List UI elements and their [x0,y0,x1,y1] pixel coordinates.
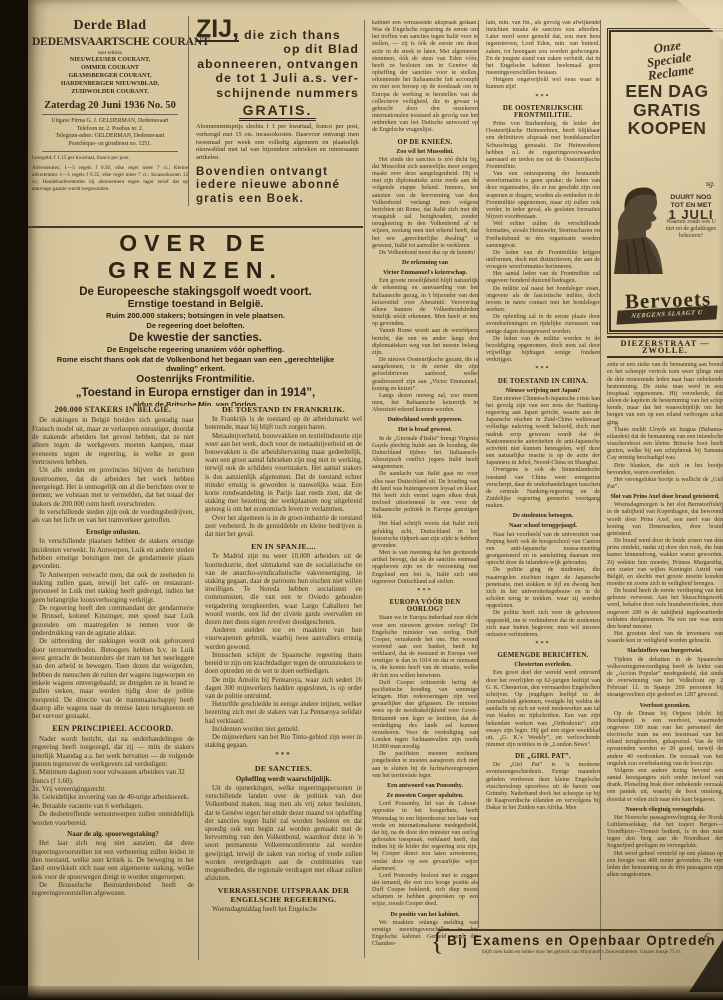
article-paragraph: De regeering heeft den commandant der ge… [32,604,194,637]
article-paragraph: Een nieuwe Chineesch-Japansche crisis ka… [486,396,600,468]
separator: *** [486,366,600,373]
ed-line: ZUIDWOLDER COURANT. [32,88,188,96]
article-paragraph: Hetgeen ongetwijfeld wel eens waar te ku… [486,77,600,91]
separator: *** [205,752,362,760]
divider [42,114,178,115]
article-paragraph: Het einde der sancties is zóó dicht bij,… [372,157,478,250]
section-over-de-grenzen: OVER DE GRENZEN. De Europeesche stakings… [28,226,363,406]
mijnhardt-title: Bij Examens en Openbaar Optreden [438,933,723,948]
bervoets-ad: Onze Speciale Reclame EEN DAG GRATIS KOO… [609,30,723,332]
date-line: Zaterdag 20 Juni 1936 No. 50 [32,100,188,111]
article-heading: DE OOSTENRIJKSCHE FRONTMILITIE. [486,105,600,119]
ed-line: GRAMSBERGER COURANT, [32,72,188,80]
pub-line: Telegram-adres: GELDERMAN, Dedemsvaart [32,133,188,141]
article-paragraph: In de „Giornale d'Italia” brengt Virgini… [372,436,478,472]
article-heading: De erkenning van [372,260,478,267]
article-paragraph: Drie blanken, die zich in het bootje bev… [607,463,723,477]
promo-line: abonneeren, ontvangen [196,57,359,72]
article-paragraph: De mijnwerkers van het Rio Tinto-gebied … [205,734,362,750]
article-paragraph: Duff Cooper critiseerde heftig de pacifi… [372,680,478,752]
article-heading: De positie van het kabinet. [372,912,478,919]
article-paragraph: Van een ontwapening der bestaande weerfo… [486,171,600,221]
mijnhardt-body: blijft men kalm en helder door het gebru… [438,949,723,955]
article-paragraph: Prins von Starhemberg, de leider der Oos… [486,121,600,171]
pub-line: Postchèque- en girodienst no. 1251. [32,141,188,149]
article-paragraph: De „Girl Pat” is 'n moderne avonturenges… [486,762,600,812]
text-column-2: DE TOESTAND IN FRANKRIJK.In Frankrijk is… [198,402,362,960]
article-heading: DE TOESTAND IN CHINA. [486,378,600,385]
separator: *** [486,641,600,648]
article-heading: Veerboot gezonken. [607,703,723,710]
article-heading: Chesterton overleden. [486,662,600,669]
article-heading: DE „GIRL PAT”. [486,753,600,760]
promo-zij: ZIJ, [196,18,239,42]
article-heading: De regeering doet beloften. [46,321,345,330]
ad-headline-line: KOOPEN [611,119,723,138]
subscription-promo: ZIJ, die zich thans op dit Blad abonneer… [188,16,364,206]
ad-question: Waarom zoudt ook U niet tot de gelukkige… [662,219,720,239]
article-heading: Het is braaf geweest. [372,427,478,434]
article-paragraph: Het laat zich nog niet aanzien, dat deze… [32,839,194,881]
newspaper-page: Derde Blad DEDEMSVAARTSCHE COURANT met e… [28,0,723,1000]
article-paragraph: Lord Ponsonby besloot met te zeggen dat … [372,873,478,909]
article-heading: Nieuwe wrijving met Japan? [486,388,600,395]
article-paragraph: De opleiding zal in de eerste plaats doo… [486,314,600,335]
rates-info: Leesgeld: f 1.15 per kwartaal, franco pe… [32,155,188,192]
article-heading: Slot van Prins Axel door brand geteister… [607,494,723,501]
rate-line: Leesgeld: f 1.15 per kwartaal, franco pe… [32,155,188,162]
article-paragraph: Metaalnijverheid, bouwvakken en textieli… [205,433,362,515]
article-paragraph: De stakingen in België breiden zich gest… [32,416,194,466]
publisher-info: Uitgave Firma G. J. GELDERMAN, Dedemsvaa… [32,118,188,148]
article-paragraph: Het Noorsche passagiersvliegtuig der Nor… [607,815,723,851]
promo-line: op dit Blad [196,42,359,57]
separator: *** [486,94,600,101]
pub-line: Telefoon nr. 2. Postbus nr. 2. [32,126,188,134]
article-paragraph: Uit de opmerkingen, welke regeeringspers… [205,785,362,883]
article-heading: Ruim 200.000 stakers; botsingen in vele … [46,311,345,320]
article-heading: VERRASSENDE UITSPRAAK DER ENGELSCHE REGE… [205,887,362,903]
bervoets-address: DIEZERSTRAAT — ZWOLLE. [607,336,723,358]
ad-headline: EEN DAG GRATIS KOOPEN [611,82,723,138]
text-column-1: 200.000 STAKERS IN BELGIË.De stakingen i… [32,402,194,962]
article-paragraph: Naar het voorbeeld van de universiteit v… [486,532,600,568]
headline-deck: De Europeesche stakingsgolf woedt voort.… [28,286,363,406]
article-paragraph: De militie zal naast het bondsleger staa… [486,286,600,315]
edition-label: Derde Blad [32,18,188,34]
article-heading: Oostenrijks Frontmilitie. [34,374,357,385]
promo-bonus-line: iedere nieuwe abonné [196,179,359,193]
article-paragraph: De aandacht van Italië gaat nu voor alle… [372,471,478,521]
article-paragraph: Incidenten worden niet gemeld. [205,726,362,734]
ad-script-line: Onze Speciale Reclame [613,33,723,87]
article-paragraph: Het verongelukte bootje is wellicht de „… [607,477,723,491]
article-paragraph: De desbetreffende wetsontwerpen zullen o… [32,810,194,827]
article-heading: Ernstige onlusten. [32,528,194,536]
ad-date: 1 JULI [662,211,720,218]
article-heading: Victor Emmanuel's keizerschap. [372,270,478,277]
article-heading: Duitschland wordt geprezen. [372,417,478,424]
article-heading: Een antwoord van Ponsonby. [372,783,478,790]
paper-title: DEDEMSVAARTSCHE COURANT [32,35,188,48]
article-heading: „Toestand in Europa ernstiger dan in 191… [34,387,357,399]
article-paragraph: De uitbreiding der stakingen wordt ook g… [32,637,194,720]
article-heading: EUROPA VÓÓR DEN OORLOG? [372,599,478,613]
article-paragraph: Tijdens de debatten in de Spaansche volk… [607,657,723,700]
article-paragraph: Het blad schrijft voorts dat Italië zich… [372,521,478,550]
article-paragraph: Intusschen schijnt de Spaansche regeerin… [205,652,362,677]
promo-bonus: Bovendien ontvangt iedere nieuwe abonné … [196,166,359,207]
article-heading: 200.000 STAKERS IN BELGIË. [32,406,194,414]
rate-line: Advertenties: 1—5 regels f 0.50, elke re… [32,165,188,192]
article-heading: De kwestie der sancties. [34,332,357,344]
article-paragraph: Het aantal leden van de Frontmilitie zal… [486,271,600,285]
promo-line: de tot 1 Juli a.s. ver- [196,71,359,86]
bervoets-logo: Bervoets [615,295,721,306]
article-paragraph: Lord Ponsonby, lid van de Labour-opposit… [372,801,478,873]
article-paragraph: zette er een zieke van de bemanning aan … [607,362,723,426]
article-paragraph: Anderen snelden toe en maakten van hun v… [205,627,362,652]
article-paragraph: 3e. Geleidelijke invoering van de 40-uri… [32,793,194,801]
article-paragraph: De pacifisten meenen nochtans jongeliede… [372,751,478,780]
article-paragraph: Nader wordt bericht, dat na onderhandeli… [32,735,194,768]
article-paragraph: Over het algemeen is in de groot-industr… [205,515,362,540]
article-paragraph: Op de Donau bij Oejpest (dicht bij Boeda… [607,711,723,768]
article-heading: Ze moesten Cooper opsluiten. [372,793,478,800]
ed-line: NIEUWLEUSER COURANT, [32,56,188,64]
newspaper-photo: Derde Blad DEDEMSVAARTSCHE COURANT met e… [0,0,723,1000]
article-heading: Opheffing wordt waarschijnlijk. [205,776,362,784]
article-paragraph: De leden van de militie worden in de bez… [486,336,600,365]
promo-body: Abonnementsprijs slechts f 1 per kwartaa… [196,123,359,162]
article-heading: De studenten betoogen. [486,513,600,520]
article-paragraph: Langs dezen omweg zal, zoo meent men, he… [372,393,478,414]
article-paragraph: De mijn Antolin bij Pennaroya, waar zich… [205,677,362,702]
article-paragraph: kabinet een verrassende uitspraak gedaan… [372,20,478,135]
promo-line: die zich thans [244,28,341,43]
article-paragraph: Het werd geheel vernield op een plateau … [607,851,723,880]
article-paragraph: Vanuit Rome wordt aan de wereldpers beri… [372,328,478,357]
article-paragraph: Hetzelfde geschiedde in eenige andere mi… [205,701,362,726]
article-paragraph: De politie heeft zich voor de gebouwen o… [486,610,600,639]
photo-bottom-shadow [0,986,723,1000]
article-paragraph: De Volkenbond moet dus op de knieën! [372,250,478,257]
illustrator-signature: sg. [706,180,715,187]
article-paragraph: De Brusselsche Bestuurdersbond heeft de … [32,881,194,898]
pub-line: Uitgave Firma G. J. GELDERMAN, Dedemsvaa… [32,118,188,126]
article-heading: De Europeesche stakingsgolf woedt voort. [34,286,357,298]
column-5-articles: zette er een zieke van de bemanning aan … [607,362,723,879]
editions-list: NIEUWLEUSER COURANT,OMMER COURANTGRAMSBE… [32,56,188,96]
article-paragraph: Een groote moeilijkheid blijft natuurlij… [372,278,478,328]
article-heading: Ernstige toestand in België. [34,299,357,310]
promo-gratis: GRATIS. [196,102,359,118]
article-paragraph: De brand werd door de beide zonen van de… [607,538,723,588]
promo-line: schijnende nummers [196,86,359,101]
article-heading: Naar de alg. spoorwegstaking? [32,830,194,838]
promo-bonus-line: Bovendien ontvangt [196,166,359,180]
text-column-3: kabinet een verrassende uitspraak gedaan… [364,20,478,958]
article-paragraph: Overigens is ook de binnenlandsche toest… [486,467,600,510]
article-heading: Zoo wil het Mussolini. [372,149,478,156]
article-paragraph: Uit alle steden en provincies blijven de… [32,466,194,508]
article-paragraph: In verschillende steden zijn ook de voed… [32,508,194,525]
article-paragraph: Wel echter zullen de verschillende forma… [486,221,600,250]
promo-bonus-line: gratis een Boek. [196,193,359,207]
article-paragraph: Thans meldt Lloyds uit Inagua (Bahama-ei… [607,427,723,463]
paper-fold-corner [677,0,723,40]
separator: *** [372,588,478,595]
article-paragraph: lain, min. van fin., als gevolg van afwi… [486,20,600,77]
divider [42,151,178,152]
article-paragraph: De nieuwe Oostenrijksche gezant, die is … [372,357,478,393]
article-heading: EN IN SPANJE.... [205,543,362,551]
article-paragraph: Een groot deel der wereld werd ontroerd … [486,670,600,749]
article-paragraph: Volgens een andere lezing bevond een aan… [607,768,723,804]
mijnhardt-ad: { Bij Examens en Openbaar Optreden blijf… [438,929,723,973]
article-heading: DE SANCTIES. [205,765,362,773]
article-paragraph: Te Madrid zijn nu weer 10.000 arbeiders … [205,553,362,627]
brace-ornament: { [431,927,443,957]
article-paragraph: In Frankrijk is de toestand op de arbeid… [205,416,362,432]
article-heading: De Engelsche regeering unaniem vóór ophe… [46,345,345,354]
text-column-5: Onze Speciale Reclame EEN DAG GRATIS KOO… [600,20,723,960]
article-paragraph: De brand heeft de eerste verdieping van … [607,588,723,631]
article-paragraph: 2e. Vrij vereenigingsrecht. [32,785,194,793]
article-paragraph: 4e. Betaalde vacantie van 6 werkdagen. [32,802,194,810]
article-paragraph: Men is van meening dat het geciteerde ar… [372,550,478,586]
ed-line: OMMER COURANT [32,64,188,72]
article-paragraph: Woensdagmiddag heeft het Engelsche [205,906,362,914]
article-heading: Naar school teruggejaagd. [486,523,600,530]
article-paragraph: De politie ging de studenten, die maatre… [486,567,600,610]
article-paragraph: De leden van de Frontmilitie krijgen uni… [486,250,600,271]
article-paragraph: Het grootste deel van de inventaris van … [607,631,723,645]
man-profile-illustration [609,152,669,302]
ad-duration-block: DUURT NOG TOT EN MET 1 JULI Waarom zoudt… [662,194,720,240]
article-heading: EEN PRINCIPIEEL ACCOORD. [32,725,194,733]
article-paragraph: In verschillende plaatsen hebben de stak… [32,537,194,570]
ad-headline-line: GRATIS [611,101,723,120]
text-column-4: lain, min. van fin., als gevolg van afwi… [478,20,600,928]
article-heading: DE TOESTAND IN FRANKRIJK. [205,406,362,414]
masthead: Derde Blad DEDEMSVAARTSCHE COURANT met e… [32,18,188,192]
section-title: OVER DE GRENZEN. [28,230,363,284]
article-paragraph: 1. Minimum dagloon voor volwassen arbeid… [32,768,194,785]
ed-line: HARDENBERGER NIEUWSBLAD, [32,80,188,88]
article-heading: Slachtoffers van burgertwist. [607,648,723,655]
article-paragraph: Te Antwerpen verwacht men, dat ook de ze… [32,571,194,604]
article-heading: OP DE KNIEËN. [372,139,478,146]
article-heading: Noorsch vliegtuig verongelukt. [607,807,723,814]
ad-duration-line: DUURT NOG [662,194,720,202]
article-heading: GEMENGDE BERICHTEN. [486,652,600,659]
article-heading: Rome eischt thans ook dat de Volkenbond … [46,355,345,373]
article-paragraph: Staan we in Europa inderdaad zeer dicht … [372,615,478,679]
article-paragraph: Woensdagmorgen is het slot Bernstorffshö… [607,502,723,538]
